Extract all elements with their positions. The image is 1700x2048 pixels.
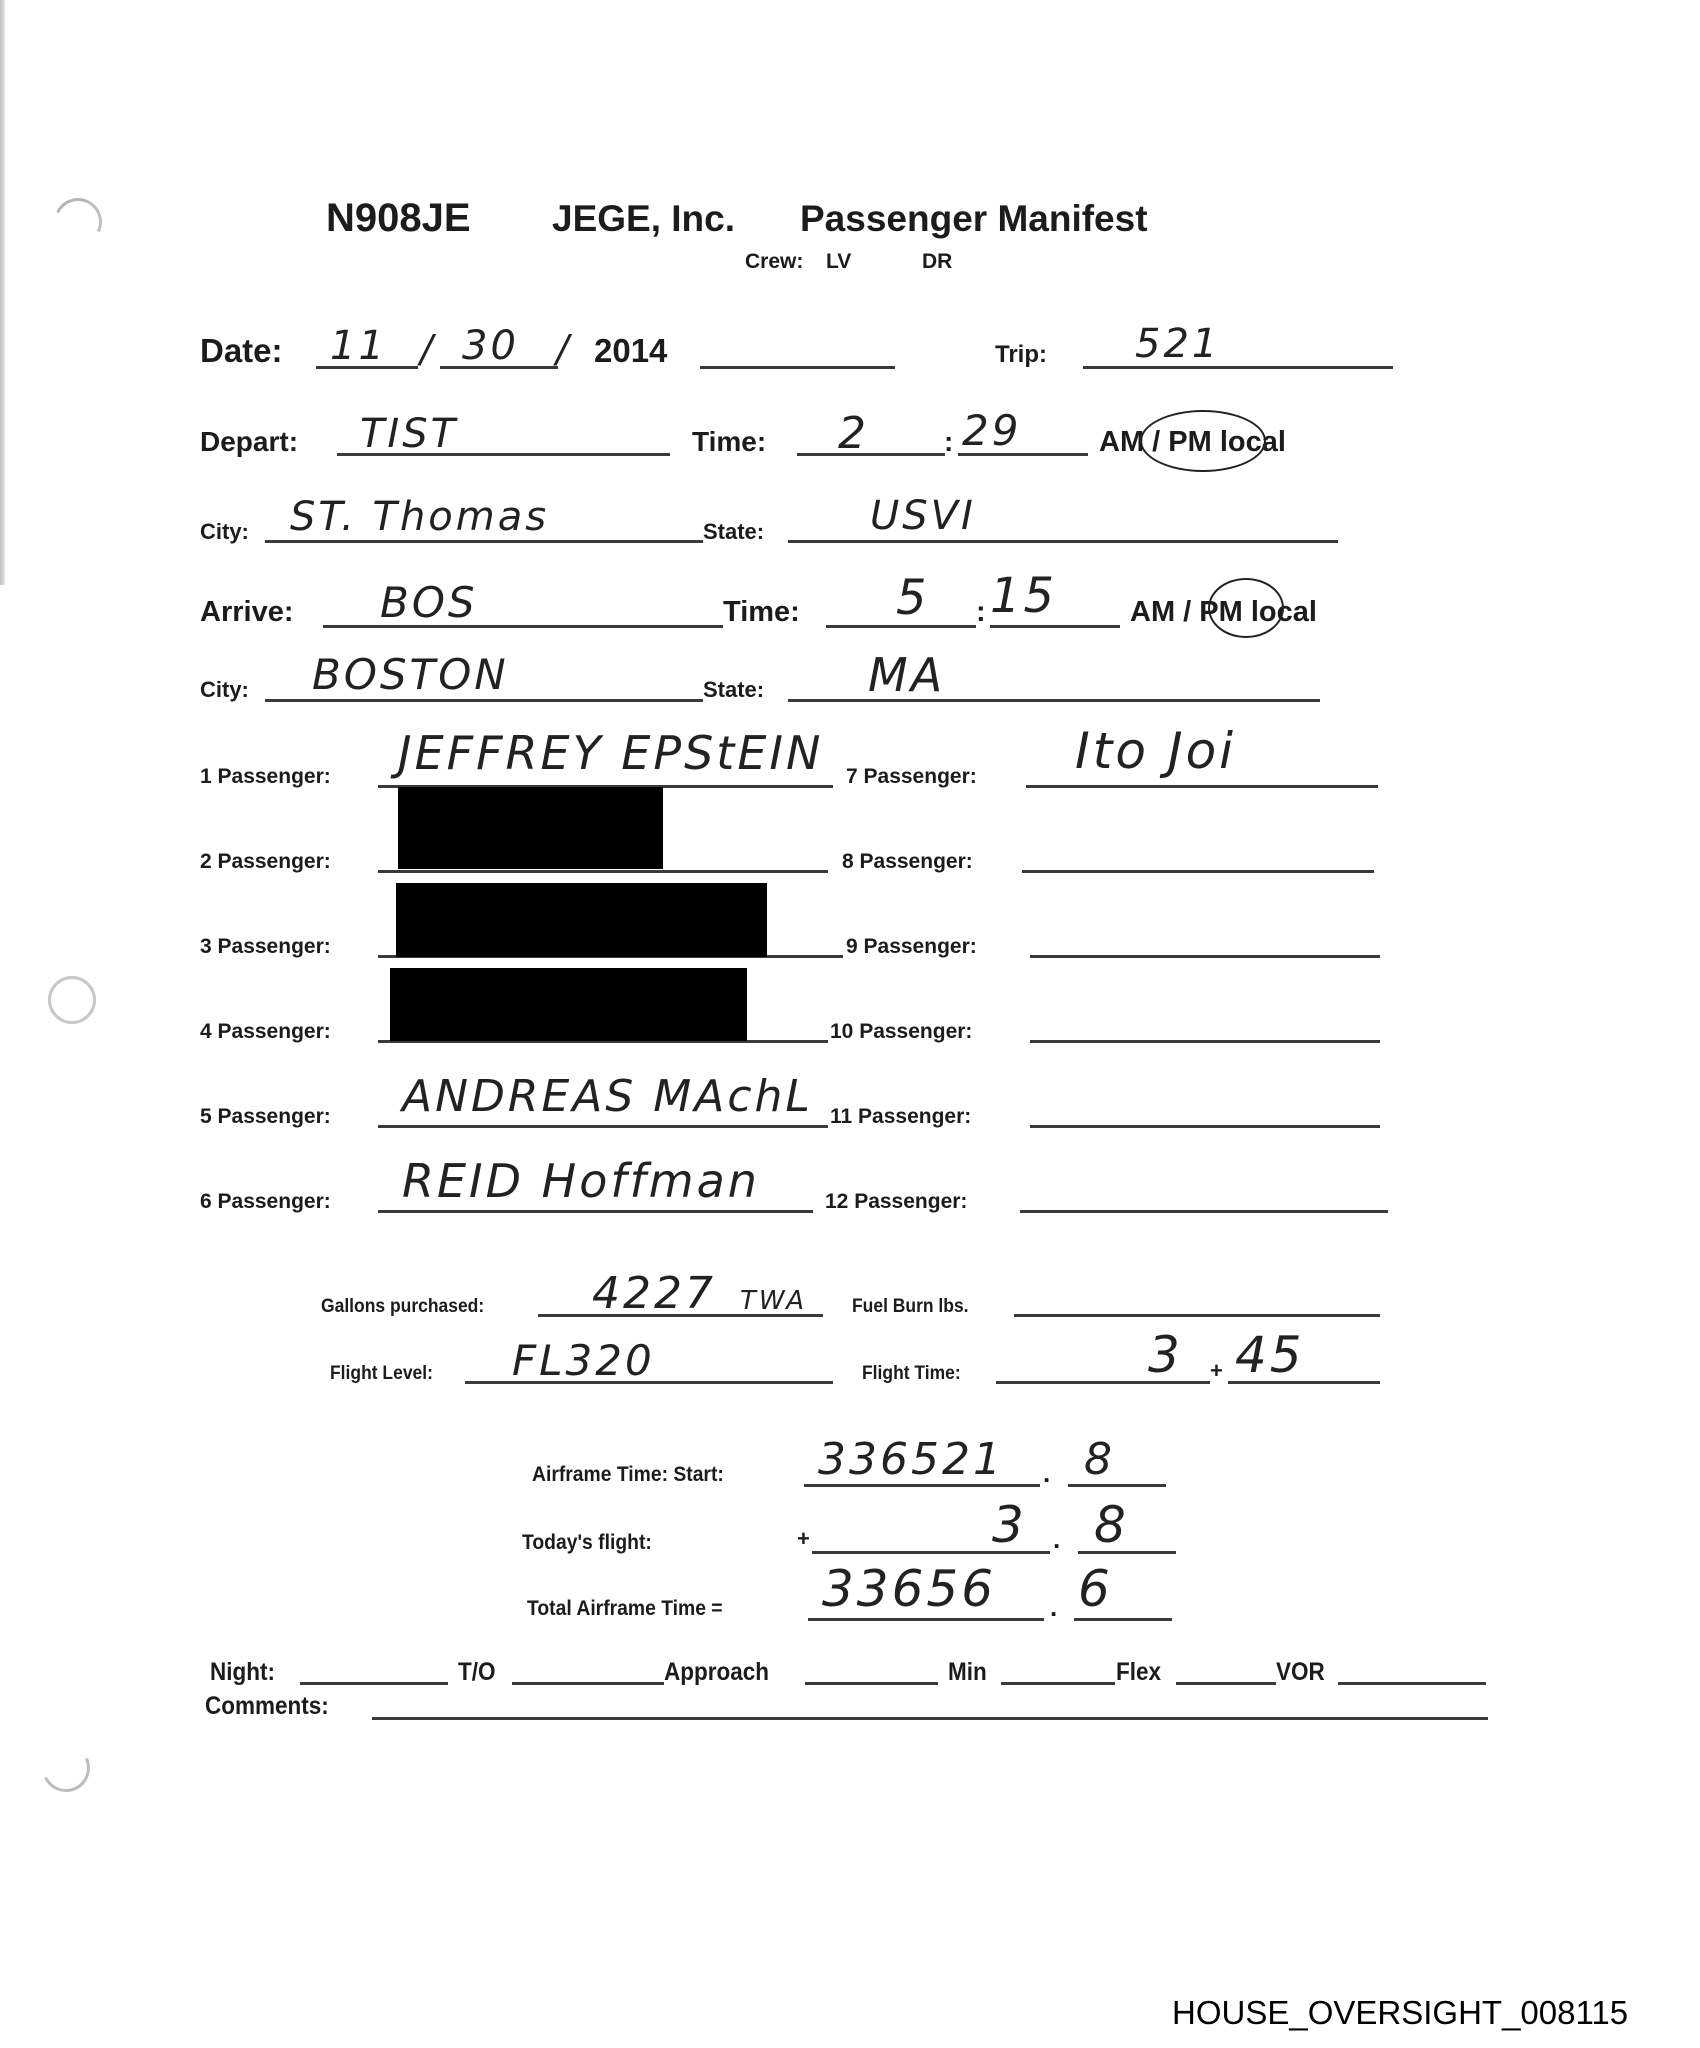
passenger-5-label: 5 Passenger: [200,1106,331,1127]
arrive-minute-line [990,625,1120,628]
depart-minute-value[interactable]: 29 [962,410,1021,452]
flight-level-label: Flight Level: [330,1364,433,1383]
depart-city-label: City: [200,521,249,543]
approach-line [805,1682,938,1685]
passenger-11-line [1030,1125,1380,1128]
passenger-12-line [1020,1210,1388,1213]
arrive-hour-value[interactable]: 5 [896,574,930,622]
punch-hole-bottom-icon [35,1737,97,1799]
total-airframe-tenth-value[interactable]: 6 [1078,1564,1113,1614]
passenger-1-label: 1 Passenger: [200,766,331,787]
total-airframe-whole-value[interactable]: 33656 [822,1564,996,1614]
comments-label: Comments: [205,1694,329,1719]
airframe-start-tenth-line [1068,1484,1166,1487]
takeoff-line [512,1682,664,1685]
punch-hole-top-icon [47,191,109,253]
flex-label: Flex [1116,1660,1161,1685]
arrive-state-label: State: [703,679,764,701]
depart-label: Depart: [200,428,298,456]
depart-city-value[interactable]: ST. Thomas [290,497,549,537]
depart-state-value[interactable]: USVI [870,496,976,536]
total-airframe-tenth-line [1074,1618,1172,1621]
trip-value[interactable]: 521 [1135,324,1220,364]
passenger-8-line [1022,870,1374,873]
depart-city-line [265,540,703,543]
vor-line [1338,1682,1486,1685]
night-line [300,1682,448,1685]
passenger-2-label: 2 Passenger: [200,851,331,872]
date-day-value[interactable]: 30 [462,326,519,366]
punch-hole-middle-icon [48,976,96,1024]
passenger-6-line [378,1210,813,1213]
passenger-12-label: 12 Passenger: [825,1191,967,1212]
todays-flight-whole-value[interactable]: 3 [992,1500,1027,1550]
passenger-4-redaction [390,968,747,1041]
depart-hour-line [797,453,945,456]
depart-hour-value[interactable]: 2 [838,412,869,456]
passenger-5-line [378,1125,828,1128]
date-year: 2014 [594,334,667,367]
min-line [1001,1682,1115,1685]
document-title: Passenger Manifest [800,200,1148,237]
arrive-city-label: City: [200,679,249,701]
passenger-7-label: 7 Passenger: [846,766,977,787]
approach-label: Approach [664,1660,769,1685]
passenger-2-redaction [398,787,663,869]
min-label: Min [948,1660,987,1685]
passenger-7-line [1026,785,1378,788]
depart-state-label: State: [703,521,764,543]
gallons-vendor-note[interactable]: TWA [740,1288,807,1314]
gallons-purchased-value[interactable]: 4227 [592,1272,716,1316]
passenger-10-line [1030,1040,1380,1043]
depart-state-line [788,540,1338,543]
arrive-airport-value[interactable]: BOS [380,582,478,624]
crew-member-1: LV [826,251,851,272]
flight-time-label: Flight Time: [862,1364,961,1383]
flex-line [1176,1682,1276,1685]
date-month-value[interactable]: 11 [330,326,387,366]
passenger-6-name[interactable]: REID Hoffman [402,1158,760,1204]
passenger-5-name[interactable]: ANDREAS MAchL [402,1075,813,1119]
passenger-3-redaction [396,883,767,957]
depart-pm-circle [1140,410,1266,472]
passenger-4-label: 4 Passenger: [200,1021,331,1042]
arrive-time-label: Time: [723,598,800,627]
fuel-burn-label: Fuel Burn lbs. [852,1297,969,1316]
todays-flight-plus: + [797,1528,810,1550]
arrive-state-value[interactable]: MA [868,652,945,698]
flight-time-hours-value[interactable]: 3 [1148,1330,1183,1380]
crew-member-2: DR [922,251,952,272]
total-airframe-whole-line [808,1618,1044,1621]
crew-label: Crew: [745,251,803,272]
passenger-11-label: 11 Passenger: [830,1106,971,1127]
fuel-burn-line [1014,1314,1380,1317]
arrive-minute-value[interactable]: 15 [990,572,1057,620]
flight-level-value[interactable]: FL320 [512,1340,655,1382]
date-separator: / [420,330,436,368]
arrive-time-colon: : [976,598,986,627]
arrive-pm-circle [1208,578,1284,638]
passenger-2-line [378,870,828,873]
total-airframe-dot: . [1050,1594,1057,1620]
takeoff-label: T/O [458,1660,496,1685]
passenger-7-name[interactable]: Ito Joi [1075,726,1236,776]
comments-line[interactable] [372,1717,1488,1720]
trip-line [1083,366,1393,369]
passenger-10-label: 10 Passenger: [830,1021,972,1042]
date-year-line [700,366,895,369]
date-separator: / [556,330,572,368]
passenger-9-line [1030,955,1380,958]
date-label: Date: [200,334,283,367]
total-airframe-label: Total Airframe Time = [527,1598,723,1619]
airframe-start-whole-value[interactable]: 336521 [818,1438,1004,1482]
manifest-page: N908JE JEGE, Inc. Passenger Manifest Cre… [0,0,1700,2048]
depart-time-colon: : [944,428,953,456]
todays-flight-tenth-value[interactable]: 8 [1094,1500,1129,1550]
todays-flight-label: Today's flight: [522,1532,652,1553]
night-label: Night: [210,1660,275,1685]
passenger-8-label: 8 Passenger: [842,851,973,872]
arrive-city-line [265,699,703,702]
depart-airport-value[interactable]: TIST [360,414,458,454]
tail-number: N908JE [326,198,471,238]
depart-time-label: Time: [692,428,766,456]
gallons-purchased-label: Gallons purchased: [321,1297,484,1316]
airframe-start-tenth-value[interactable]: 8 [1084,1438,1115,1482]
arrive-label: Arrive: [200,598,294,627]
trip-label: Trip: [995,343,1047,367]
vor-label: VOR [1276,1660,1325,1685]
airframe-start-label: Airframe Time: Start: [532,1464,724,1485]
passenger-3-label: 3 Passenger: [200,936,331,957]
flight-time-minutes-value[interactable]: 45 [1235,1330,1305,1380]
passenger-6-label: 6 Passenger: [200,1191,331,1212]
bates-number: HOUSE_OVERSIGHT_008115 [1172,1994,1628,2032]
company-name: JEGE, Inc. [552,200,735,237]
todays-flight-dot: . [1053,1526,1060,1552]
passenger-9-label: 9 Passenger: [846,936,977,957]
flight-time-plus: + [1210,1360,1223,1382]
page-edge-shadow [0,0,5,585]
passenger-1-name[interactable]: JEFFREY EPStEIN [398,730,823,776]
airframe-start-dot: . [1043,1460,1050,1486]
arrive-city-value[interactable]: BOSTON [312,654,509,696]
